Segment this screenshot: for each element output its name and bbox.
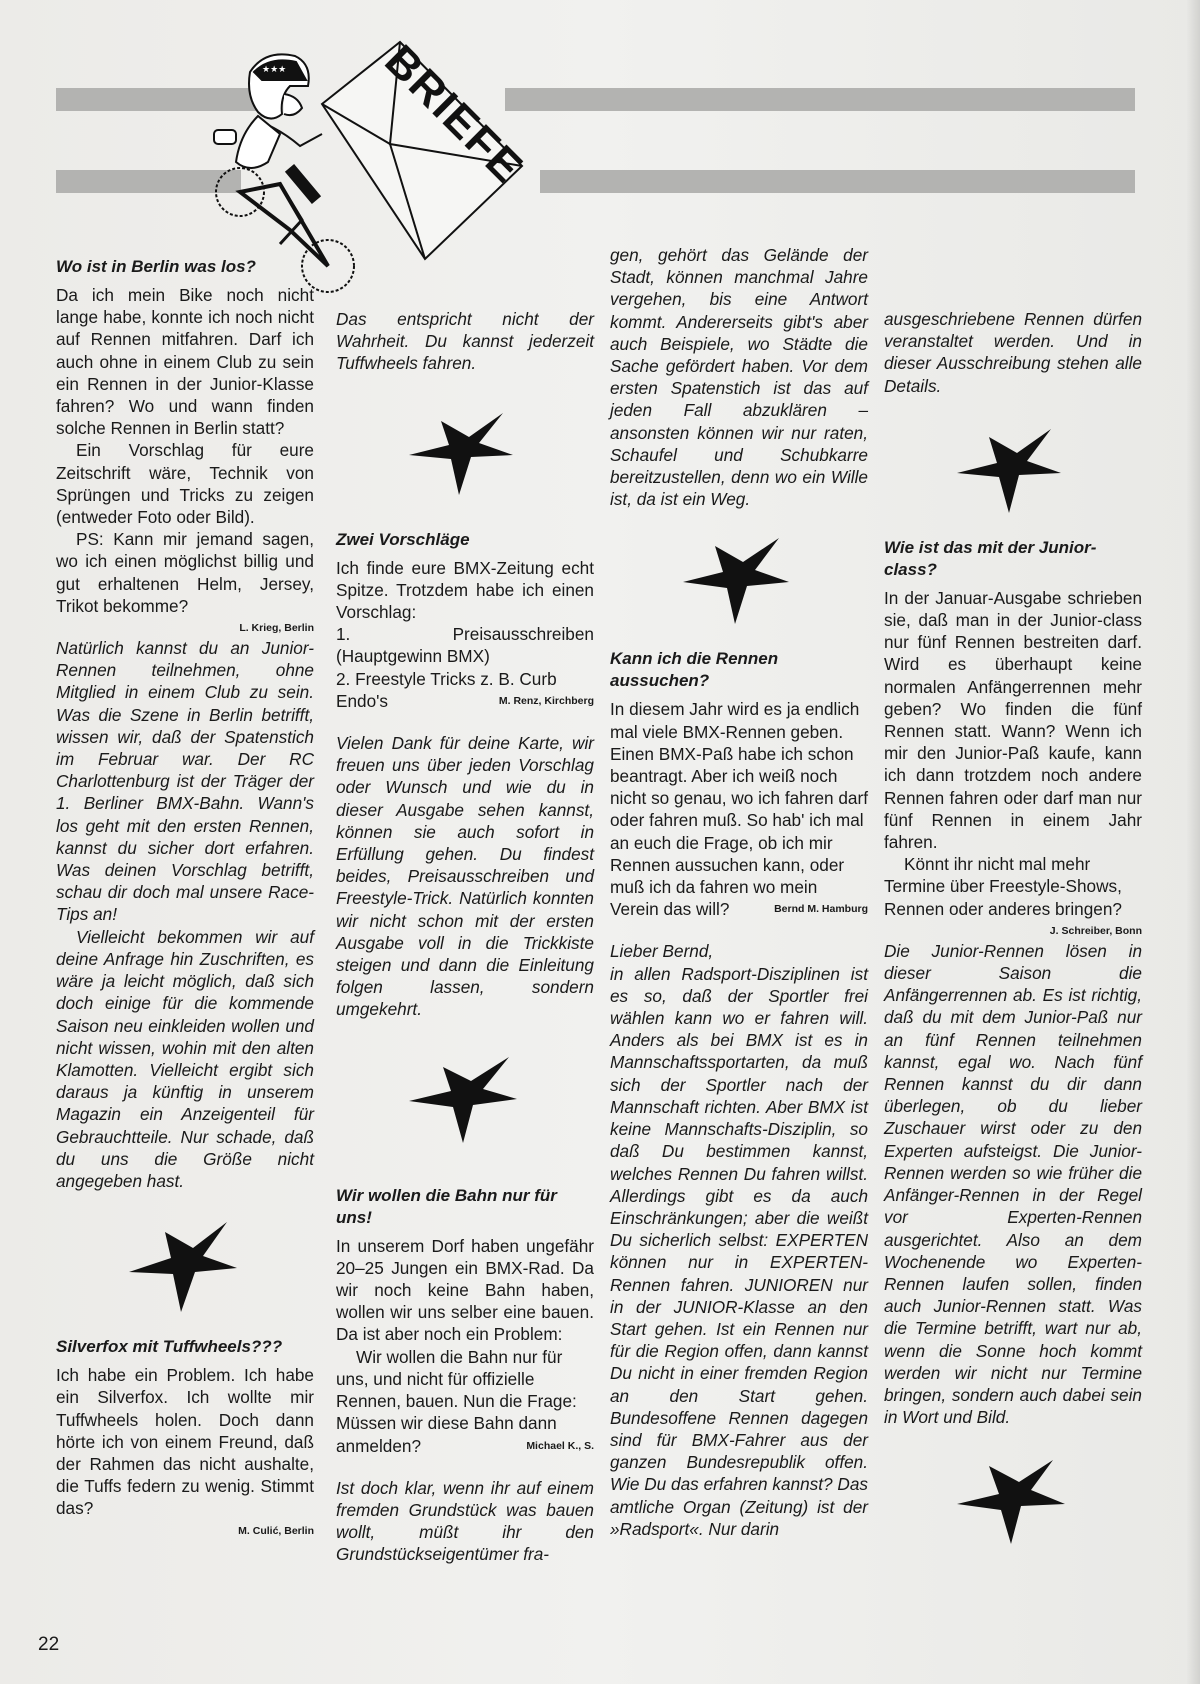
letter-text: Ich habe ein Problem. Ich habe ein Silve… (56, 1364, 314, 1519)
star-divider-icon (953, 427, 1073, 517)
letter-signature: M. Renz, Kirchberg (499, 694, 594, 708)
editor-reply: Die Junior-Rennen lösen in dieser Saison… (884, 940, 1142, 1428)
editor-reply: Ist doch klar, wenn ihr auf einem fremde… (336, 1477, 594, 1566)
letter-text: Könnt ihr nicht mal mehr Termine über Fr… (884, 853, 1142, 920)
page-edge-shadow (1186, 0, 1200, 1684)
letter-title: Zwei Vorschläge (336, 529, 594, 551)
editor-reply: ausgeschriebene Rennen dürfen veranstalt… (884, 308, 1142, 397)
letter-title: Silverfox mit Tuffwheels??? (56, 1336, 314, 1358)
letter-text: Da ich mein Bike noch nicht lange habe, … (56, 284, 314, 439)
page-number: 22 (38, 1634, 59, 1656)
star-divider-icon (405, 409, 525, 499)
letter-text: Wir wollen die Bahn nur für uns, und nic… (336, 1346, 594, 1457)
letter-title: Kann ich die Rennen aussuchen? (610, 648, 868, 692)
letter-text: Ein Vorschlag für eure Zeitschrift wäre,… (56, 439, 314, 528)
editor-reply: Vielen Dank für deine Karte, wir freuen … (336, 732, 594, 1021)
editor-reply: Lieber Bernd, (610, 940, 868, 962)
star-divider-icon (953, 1458, 1073, 1548)
editor-reply: Natürlich kannst du an Junior-Rennen tei… (56, 637, 314, 926)
header-band-bottom-right (540, 170, 1135, 193)
letter-text: PS: Kann mir jemand sagen, wo ich einen … (56, 528, 314, 617)
letter-title: Wo ist in Berlin was los? (56, 256, 314, 278)
letter-title: Wir wollen die Bahn nur für uns! (336, 1185, 594, 1229)
letter-text: 1. Preisausschreiben (Hauptgewinn BMX) (336, 623, 594, 667)
column-1: Wo ist in Berlin was los? Da ich mein Bi… (56, 256, 314, 1540)
letter-signature: J. Schreiber, Bonn (1030, 924, 1142, 938)
star-divider-icon (125, 1222, 245, 1312)
letter-text: 2. Freestyle Tricks z. B. Curb Endo's M.… (336, 668, 594, 712)
letter-signature: L. Krieg, Berlin (56, 621, 314, 635)
letter-signature: Bernd M. Hamburg (774, 902, 868, 916)
column-2: Das entspricht nicht der Wahrheit. Du ka… (336, 308, 594, 1566)
magazine-page: ★★★ BRIEFE Wo ist in Berlin was los? Da … (0, 0, 1200, 1684)
letter-signature: Michael K., S. (506, 1439, 594, 1453)
editor-reply: Das entspricht nicht der Wahrheit. Du ka… (336, 308, 594, 375)
star-divider-icon (679, 536, 799, 626)
editor-reply: in allen Radsport-Disziplinen ist es so,… (610, 963, 868, 1540)
svg-text:★★★: ★★★ (262, 65, 286, 75)
column-4: ausgeschriebene Rennen dürfen veranstalt… (884, 308, 1142, 1548)
letter-signature: M. Culić, Berlin (56, 1524, 314, 1538)
letter-text: Ich finde eure BMX-Zeitung echt Spitze. … (336, 557, 594, 624)
editor-reply: Vielleicht bekommen wir auf deine Anfrag… (56, 926, 314, 1192)
letter-text: In diesem Jahr wird es ja endlich mal vi… (610, 698, 868, 920)
editor-reply: gen, gehört das Gelände der Stadt, könne… (610, 244, 868, 510)
letter-text: In der Januar-Ausgabe schrieben sie, daß… (884, 587, 1142, 853)
letter-text: In unserem Dorf haben ungefähr 20–25 Jun… (336, 1235, 594, 1346)
header-band-top-right (505, 88, 1135, 111)
star-divider-icon (405, 1055, 525, 1145)
column-3: gen, gehört das Gelände der Stadt, könne… (610, 244, 868, 1540)
letter-title: Wie ist das mit der Junior-class? (884, 537, 1142, 581)
